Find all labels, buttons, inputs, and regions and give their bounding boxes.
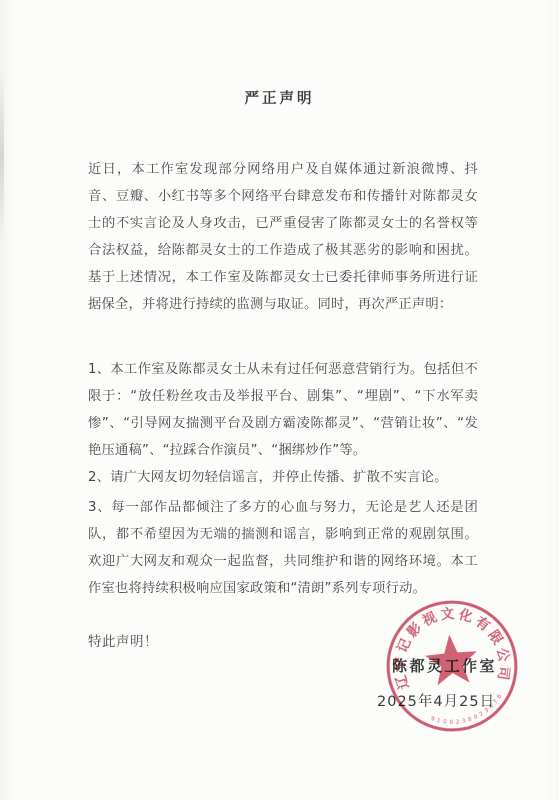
statement-document: 严正声明 近日，本工作室发现部分网络用户及自媒体通过新浪微博、抖音、豆瓣、小红书… — [0, 0, 559, 800]
seal-star-icon — [423, 632, 479, 686]
company-seal-stamp: 辽宁记影视文化有限公司 9100238023676 — [375, 589, 529, 743]
closing-line: 特此声明！ — [88, 630, 158, 650]
svg-text:9100238023676: 9100238023676 — [428, 693, 506, 728]
intro-paragraph: 近日，本工作室发现部分网络用户及自媒体通过新浪微博、抖音、豆瓣、小红书等多个网络… — [88, 156, 478, 318]
statement-item-2: 2、请广大网友切勿轻信谣言，并停止传播、扩散不实言论。 — [88, 464, 478, 491]
statement-item-3: 3、每一部作品都倾注了多方的心血与努力，无论是艺人还是团队，都不希望因为无端的揣… — [88, 494, 478, 602]
seal-serial-number: 9100238023676 — [428, 693, 506, 728]
document-title: 严正声明 — [0, 87, 559, 108]
statement-item-1: 1、本工作室及陈都灵女士从未有过任何恶意营销行为。包括但不限于：“放任粉丝攻击及… — [88, 356, 478, 464]
